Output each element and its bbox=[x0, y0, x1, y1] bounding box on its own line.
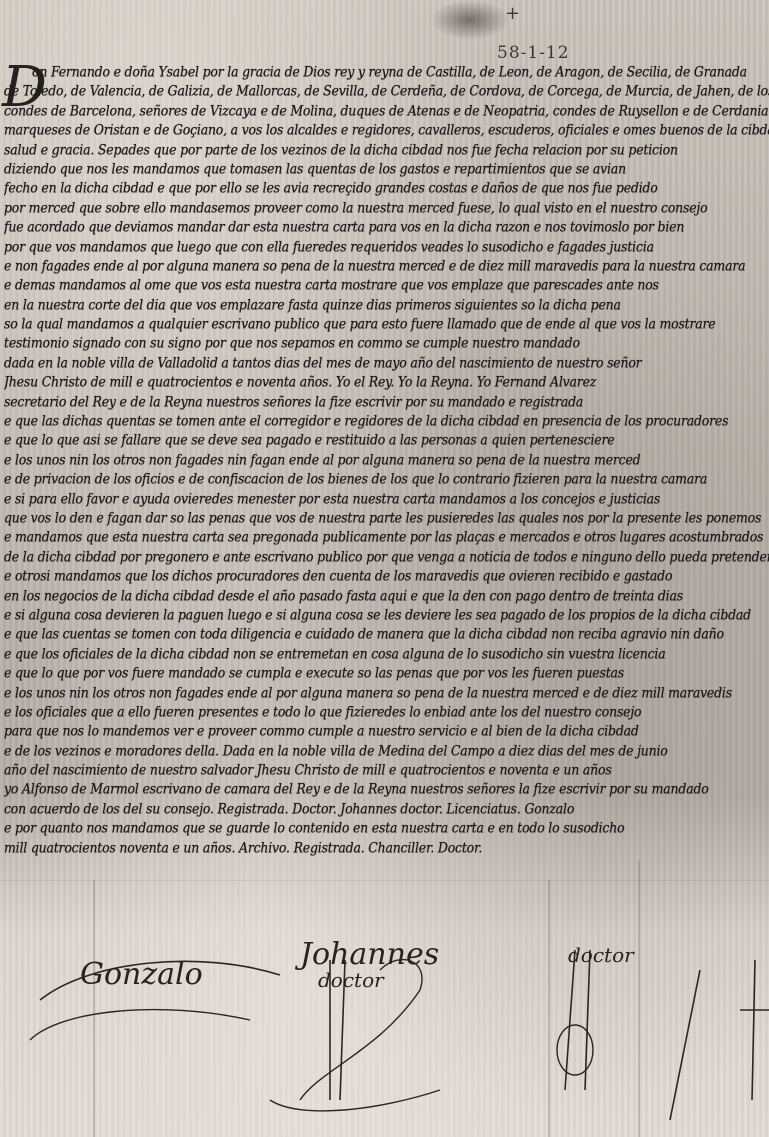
manuscript-line: mill quatrocientos noventa e un años. Ar… bbox=[4, 836, 769, 858]
signature-block: Gonzalo Johannes doctor doctor bbox=[0, 930, 769, 1130]
archive-reference: 58-1-12 bbox=[497, 43, 570, 63]
signature-1: Gonzalo bbox=[80, 960, 203, 990]
manuscript-body: on Fernando e doña Ysabel por la gracia … bbox=[4, 62, 769, 922]
cross-mark: + bbox=[505, 3, 520, 24]
signature-3: doctor bbox=[550, 945, 634, 965]
ink-stain bbox=[430, 0, 510, 40]
manuscript-page: + 58-1-12 D on Fernando e doña Ysabel po… bbox=[0, 0, 769, 1137]
signature-2: Johannes doctor bbox=[300, 940, 439, 990]
